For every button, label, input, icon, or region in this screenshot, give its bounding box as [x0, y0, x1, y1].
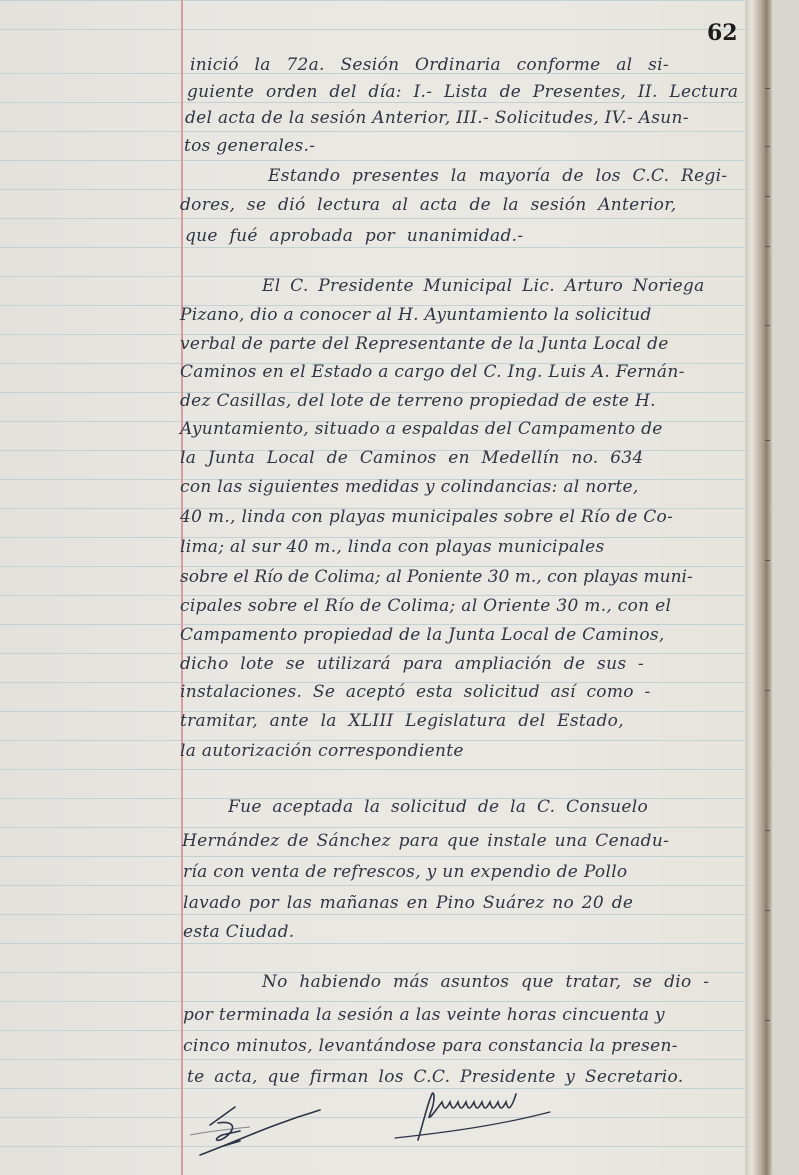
- text-line: que fué aprobada por unanimidad.-: [185, 226, 523, 246]
- edge-mark: [765, 325, 770, 326]
- signature-left: [180, 1095, 360, 1165]
- text-line: El C. Presidente Municipal Lic. Arturo N…: [262, 276, 705, 296]
- edge-mark: [765, 146, 770, 147]
- text-line: la Junta Local de Caminos en Medellín no…: [180, 448, 644, 468]
- edge-mark: [765, 560, 770, 561]
- edge-mark: [765, 830, 770, 831]
- text-line: tramitar, ante la XLIII Legislatura del …: [180, 711, 624, 731]
- edge-mark: [765, 88, 770, 89]
- book-page-edge: [745, 0, 772, 1175]
- edge-mark: [765, 196, 770, 197]
- text-line: guiente orden del día: I.- Lista de Pres…: [187, 82, 738, 102]
- text-line: por terminada la sesión a las veinte hor…: [183, 1005, 665, 1025]
- text-line: tos generales.-: [184, 136, 315, 156]
- text-line: lavado por las mañanas en Pino Suárez no…: [183, 893, 633, 913]
- text-line: cinco minutos, levantándose para constan…: [183, 1036, 678, 1056]
- text-line: dores, se dió lectura al acta de la sesi…: [180, 195, 676, 215]
- text-line: cipales sobre el Río de Colima; al Orien…: [180, 596, 671, 616]
- edge-mark: [765, 910, 770, 911]
- text-line: Estando presentes la mayoría de los C.C.…: [268, 166, 727, 186]
- text-line: inició la 72a. Sesión Ordinaria conforme…: [190, 55, 669, 75]
- text-line: Campamento propiedad de la Junta Local d…: [180, 625, 665, 645]
- edge-mark: [765, 1020, 770, 1021]
- text-line: verbal de parte del Representante de la …: [180, 334, 669, 354]
- text-line: Caminos en el Estado a cargo del C. Ing.…: [180, 362, 685, 382]
- text-line: con las siguientes medidas y colindancia…: [180, 477, 639, 497]
- text-line: No habiendo más asuntos que tratar, se d…: [262, 972, 709, 992]
- page-number: 62: [707, 20, 738, 46]
- text-line: esta Ciudad.: [183, 922, 294, 942]
- edge-mark: [765, 246, 770, 247]
- text-line: Ayuntamiento, situado a espaldas del Cam…: [180, 419, 663, 439]
- text-line: dicho lote se utilizará para ampliación …: [180, 654, 644, 674]
- edge-mark: [765, 690, 770, 691]
- edge-mark: [765, 440, 770, 441]
- text-line: del acta de la sesión Anterior, III.- So…: [185, 108, 689, 128]
- text-line: sobre el Río de Colima; al Poniente 30 m…: [180, 567, 693, 587]
- text-line: lima; al sur 40 m., linda con playas mun…: [180, 537, 605, 557]
- text-line: ría con venta de refrescos, y un expendi…: [183, 862, 627, 882]
- text-line: la autorización correspondiente: [180, 741, 464, 761]
- red-margin-line: [181, 0, 183, 1175]
- text-line: instalaciones. Se aceptó esta solicitud …: [180, 682, 651, 702]
- text-line: dez Casillas, del lote de terreno propie…: [180, 391, 656, 411]
- text-line: Hernández de Sánchez para que instale un…: [182, 831, 669, 851]
- text-line: Pizano, dio a conocer al H. Ayuntamiento…: [180, 305, 652, 325]
- text-line: 40 m., linda con playas municipales sobr…: [180, 507, 673, 527]
- signature-center: [390, 1080, 590, 1150]
- ledger-page: 62 inició la 72a. Sesión Ordinaria confo…: [0, 0, 772, 1175]
- text-line: Fue aceptada la solicitud de la C. Consu…: [228, 797, 648, 817]
